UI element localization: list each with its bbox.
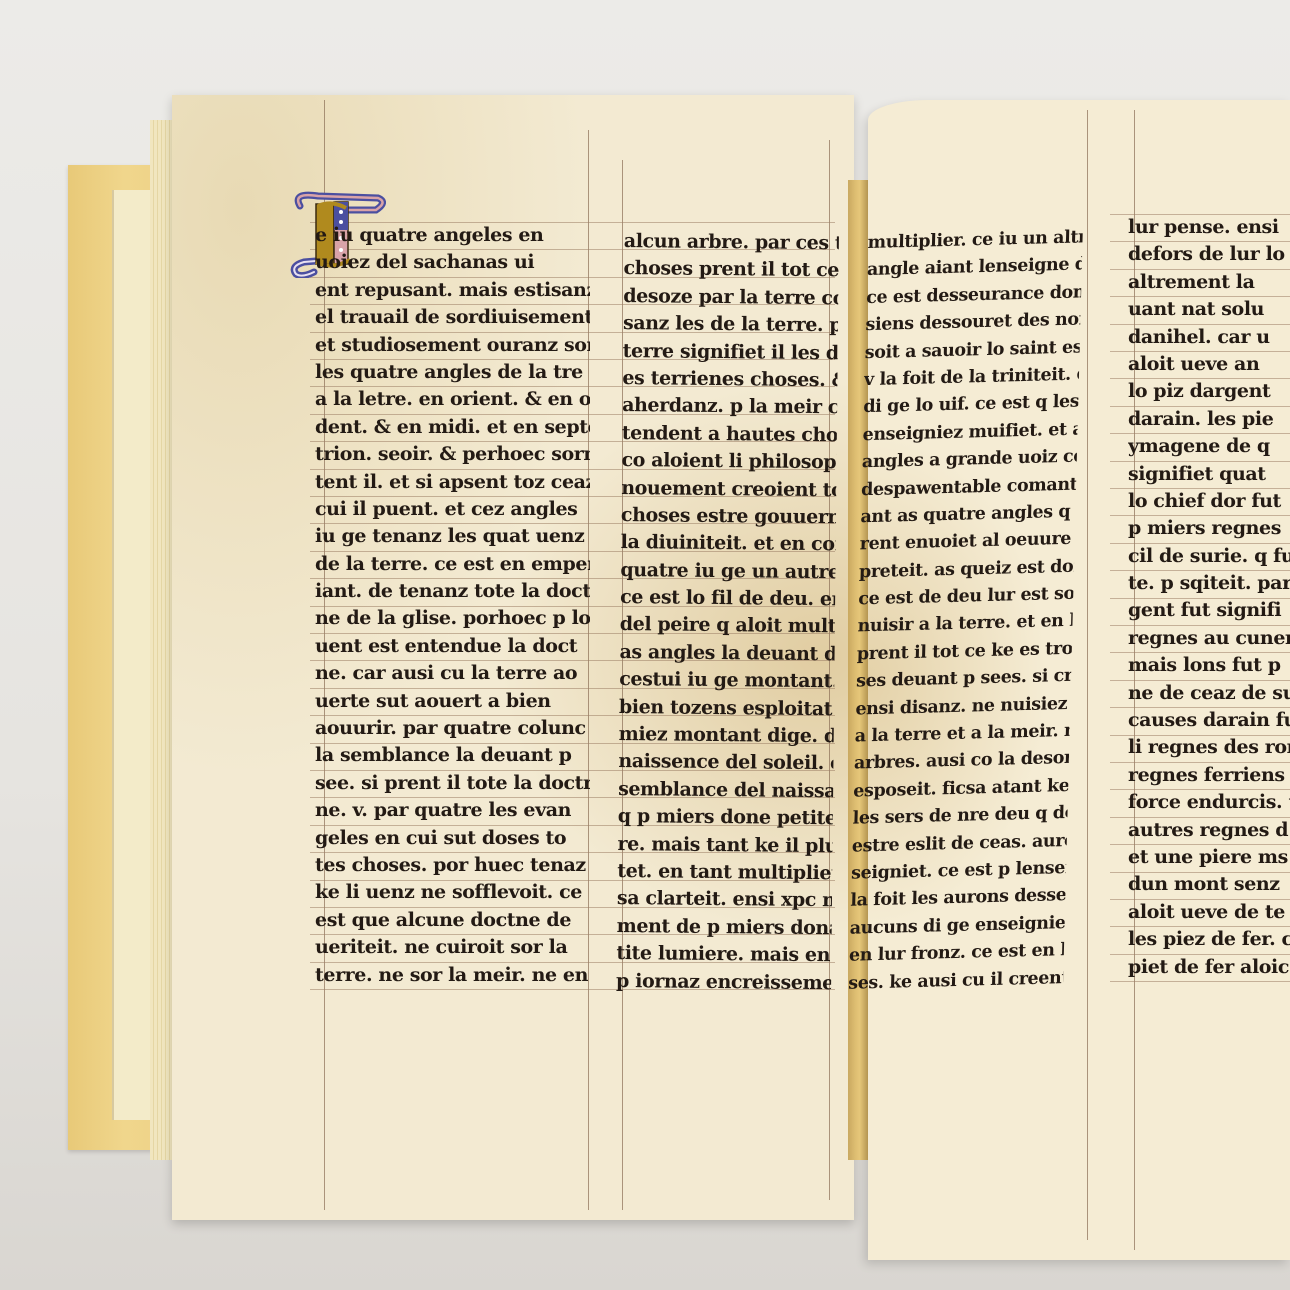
manuscript-line: tendent a hautes choses. ausi bbox=[622, 420, 837, 450]
manuscript-line: semblance del naissant soleil bbox=[618, 776, 833, 806]
manuscript-line: desoze par la terre colgie di bbox=[623, 283, 838, 313]
manuscript-line: aherdanz. p la meir ceaz q bbox=[622, 392, 837, 422]
manuscript-line: ce est lo fil de deu. enuoiet bbox=[620, 584, 835, 614]
manuscript-line: est que alcune doctne de bbox=[315, 907, 590, 934]
ruling-line bbox=[1087, 110, 1088, 1240]
manuscript-line: et une piere ms bbox=[1128, 844, 1290, 871]
manuscript-line: mais lons fut p bbox=[1128, 652, 1290, 679]
text-column-right-a: multiplier. ce iu un altreangle aiant le… bbox=[848, 224, 1083, 997]
manuscript-line: causes darain fu bbox=[1128, 707, 1290, 734]
manuscript-line: danihel. car u bbox=[1128, 324, 1290, 351]
manuscript-line: aouurir. par quatre colunc bbox=[315, 715, 590, 742]
manuscript-line: la diuiniteit. et en contre ce bbox=[621, 529, 836, 559]
manuscript-line: miez montant dige. de la bbox=[619, 721, 834, 751]
manuscript-line: de la terre. ce est en empen bbox=[315, 551, 590, 578]
manuscript-line: tent il. et si apsent toz ceaz bbox=[315, 469, 590, 496]
manuscript-line: choses estre gouuernees par bbox=[621, 502, 836, 532]
manuscript-line: aloit ueve de te bbox=[1128, 899, 1290, 926]
manuscript-line: cestui iu ge montant. car de bbox=[619, 666, 834, 696]
text-column-left-a: e iu quatre angeles enuoiez del sachanas… bbox=[315, 222, 590, 989]
text-column-right-b: lur pense. ensidefors de lur loaltrement… bbox=[1128, 214, 1290, 981]
manuscript-line: el trauail de sordiuisement bbox=[315, 304, 590, 331]
manuscript-line: tes choses. por huec tenaz bbox=[315, 852, 590, 879]
manuscript-line: aloit ueve an bbox=[1128, 351, 1290, 378]
manuscript-line: ment de p miers donat p bbox=[617, 913, 832, 943]
text-column-left-b: alcun arbre. par ces troischoses prent i… bbox=[616, 228, 839, 997]
manuscript-line: bien tozens esploitat en bbox=[619, 694, 834, 724]
manuscript-line: lo chief dor fut bbox=[1128, 488, 1290, 515]
manuscript-line: as angles la deuant dit ce bbox=[619, 639, 834, 669]
manuscript-line: es terrienes choses. & iloec bbox=[622, 365, 837, 395]
manuscript-line: dun mont senz bbox=[1128, 871, 1290, 898]
manuscript-line: co aloient li philosophe q bbox=[621, 447, 836, 477]
manuscript-line: p iornaz encreissement bbox=[616, 968, 831, 998]
manuscript-line: ne. v. par quatre les evan bbox=[315, 797, 590, 824]
manuscript-line: iant. de tenanz tote la doct bbox=[315, 578, 590, 605]
manuscript-line: ke li uenz ne sofflevoit. ce bbox=[315, 879, 590, 906]
manuscript-line: li regnes des rom bbox=[1128, 734, 1290, 761]
manuscript-line: et studiosement ouranz sor bbox=[315, 332, 590, 359]
manuscript-line: p miers regnes bbox=[1128, 515, 1290, 542]
manuscript-line: ent repusant. mais estisanz bbox=[315, 277, 590, 304]
manuscript-line: naissence del soleil. ce e ala bbox=[618, 748, 833, 778]
manuscript-line: sanz les de la terre. par la bbox=[623, 310, 838, 340]
manuscript-line: signifiet quat bbox=[1128, 461, 1290, 488]
manuscript-line: uerte sut aouert a bien bbox=[315, 688, 590, 715]
manuscript-line: regnes au cuner bbox=[1128, 625, 1290, 652]
manuscript-line: altrement la bbox=[1128, 269, 1290, 296]
manuscript-line: terre signifiet il les delecio bbox=[623, 338, 838, 368]
manuscript-line: defors de lur lo bbox=[1128, 241, 1290, 268]
manuscript-line: la semblance la deuant p bbox=[315, 742, 590, 769]
manuscript-line: tite lumiere. mais en apre bbox=[616, 940, 831, 970]
manuscript-line: cil de surie. q fu bbox=[1128, 543, 1290, 570]
manuscript-line: sa clarteit. ensi xpc nou bbox=[617, 885, 832, 915]
manuscript-line: les piez de fer. ce bbox=[1128, 926, 1290, 953]
manuscript-line: regnes ferriens bbox=[1128, 762, 1290, 789]
manuscript-line: ne. car ausi cu la terre ao bbox=[315, 660, 590, 687]
manuscript-line: dent. & en midi. et en septen bbox=[315, 414, 590, 441]
manuscript-line: uoiez del sachanas ui bbox=[315, 249, 590, 276]
manuscript-line: darain. les pie bbox=[1128, 406, 1290, 433]
manuscript-line: ne de la glise. porhoec p lo bbox=[315, 605, 590, 632]
manuscript-line: q p miers done petite lumie bbox=[618, 803, 833, 833]
manuscript-line: uant nat solu bbox=[1128, 296, 1290, 323]
manuscript-line: uent est entendue la doct bbox=[315, 633, 590, 660]
manuscript-line: ses. ke ausi cu il creent en bbox=[848, 965, 1064, 998]
manuscript-line: ueriteit. ne cuiroit sor la bbox=[315, 934, 590, 961]
manuscript-line: trion. seoir. & perhoec sormo bbox=[315, 441, 590, 468]
manuscript-line: a la letre. en orient. & en occi bbox=[315, 386, 590, 413]
manuscript-line: piet de fer aloic bbox=[1128, 954, 1290, 981]
manuscript-line: ymagene de q bbox=[1128, 433, 1290, 460]
manuscript-line: cui il puent. et cez angles bbox=[315, 496, 590, 523]
manuscript-line: lo piz dargent bbox=[1128, 378, 1290, 405]
manuscript-line: quatre iu ge un autre angle bbox=[620, 557, 835, 587]
manuscript-line: re. mais tant ke il plus mo bbox=[617, 831, 832, 861]
manuscript-line: del peire q aloit mult duier bbox=[620, 611, 835, 641]
manuscript-line: see. si prent il tote la doctri bbox=[315, 770, 590, 797]
manuscript-line: nouement creoient totes bbox=[621, 475, 836, 505]
manuscript-line: autres regnes d bbox=[1128, 817, 1290, 844]
manuscript-line: e iu quatre angeles en bbox=[315, 222, 590, 249]
manuscript-line: ne de ceaz de sur bbox=[1128, 680, 1290, 707]
manuscript-line: iu ge tenanz les quat uenz bbox=[315, 523, 590, 550]
manuscript-line: tet. en tant multipliet plus bbox=[617, 858, 832, 888]
manuscript-line: force endurcis. t bbox=[1128, 789, 1290, 816]
manuscript-line: alcun arbre. par ces trois bbox=[624, 228, 839, 258]
ruling-line bbox=[1110, 981, 1290, 982]
manuscript-line: les quatre angles de la tre bbox=[315, 359, 590, 386]
manuscript-line: geles en cui sut doses to bbox=[315, 825, 590, 852]
manuscript-line: gent fut signifi bbox=[1128, 597, 1290, 624]
manuscript-line: choses prent il tot ce ke il la bbox=[623, 255, 838, 285]
manuscript-line: terre. ne sor la meir. ne en bbox=[315, 962, 590, 989]
manuscript-line: lur pense. ensi bbox=[1128, 214, 1290, 241]
manuscript-line: te. p sqiteit. par bbox=[1128, 570, 1290, 597]
